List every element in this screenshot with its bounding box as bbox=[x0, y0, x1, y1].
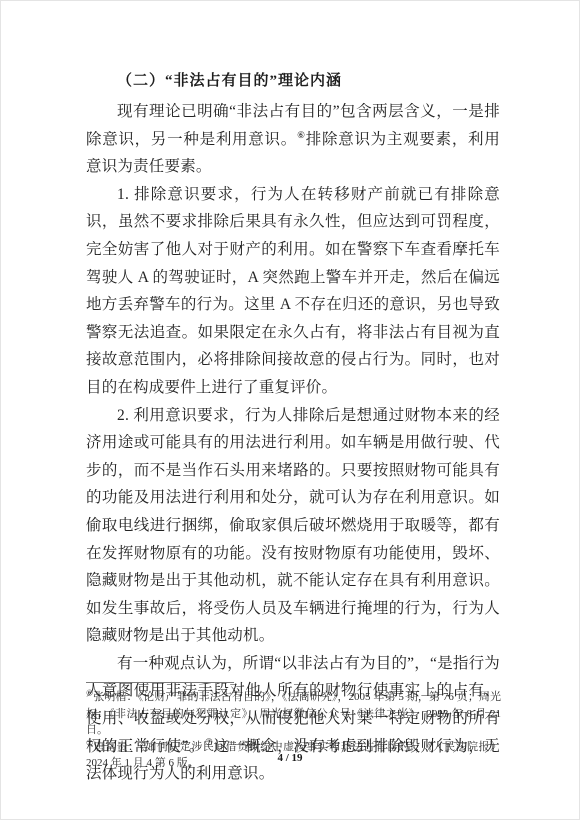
section-heading: （二）“非法占有目的”理论内涵 bbox=[117, 67, 500, 95]
footnote-text: 张明楷：《论财产罪的非法占有目的》，《法商研究》，2005 年第 5 期，第 7… bbox=[86, 691, 501, 736]
paragraph: 现有理论已明确“非法占有目的”包含两层含义，一是排除意识，另一种是利用意识。⑥排… bbox=[86, 98, 500, 181]
page-number: 4 / 19 bbox=[1, 752, 579, 764]
footnote-ref: ⑥ bbox=[297, 129, 306, 139]
footnote-item: ⑥张明楷：《论财产罪的非法占有目的》，《法商研究》，2005 年第 5 期，第 … bbox=[86, 689, 501, 739]
footnote-separator bbox=[86, 682, 234, 683]
document-body: （二）“非法占有目的”理论内涵 现有理论已明确“非法占有目的”包含两层含义，一是… bbox=[86, 67, 500, 788]
footnote-marker: ⑦ bbox=[86, 738, 94, 747]
paragraph-text: 1. 排除意识要求，行为人在转移财产前就已有排除意识，虽然不要求排除后果具有永久… bbox=[86, 186, 500, 396]
paragraph-text: 2. 利用意识要求，行为人排除后是想通过财物本来的经济用途或可能具有的用法进行利… bbox=[86, 407, 500, 645]
paragraph: 2. 利用意识要求，行为人排除后是想通过财物本来的经济用途或可能具有的用法进行利… bbox=[86, 402, 500, 650]
paragraph: 1. 排除意识要求，行为人在转移财产前就已有排除意识，虽然不要求排除后果具有永久… bbox=[86, 181, 500, 402]
document-page: （二）“非法占有目的”理论内涵 现有理论已明确“非法占有目的”包含两层含义，一是… bbox=[0, 0, 580, 820]
